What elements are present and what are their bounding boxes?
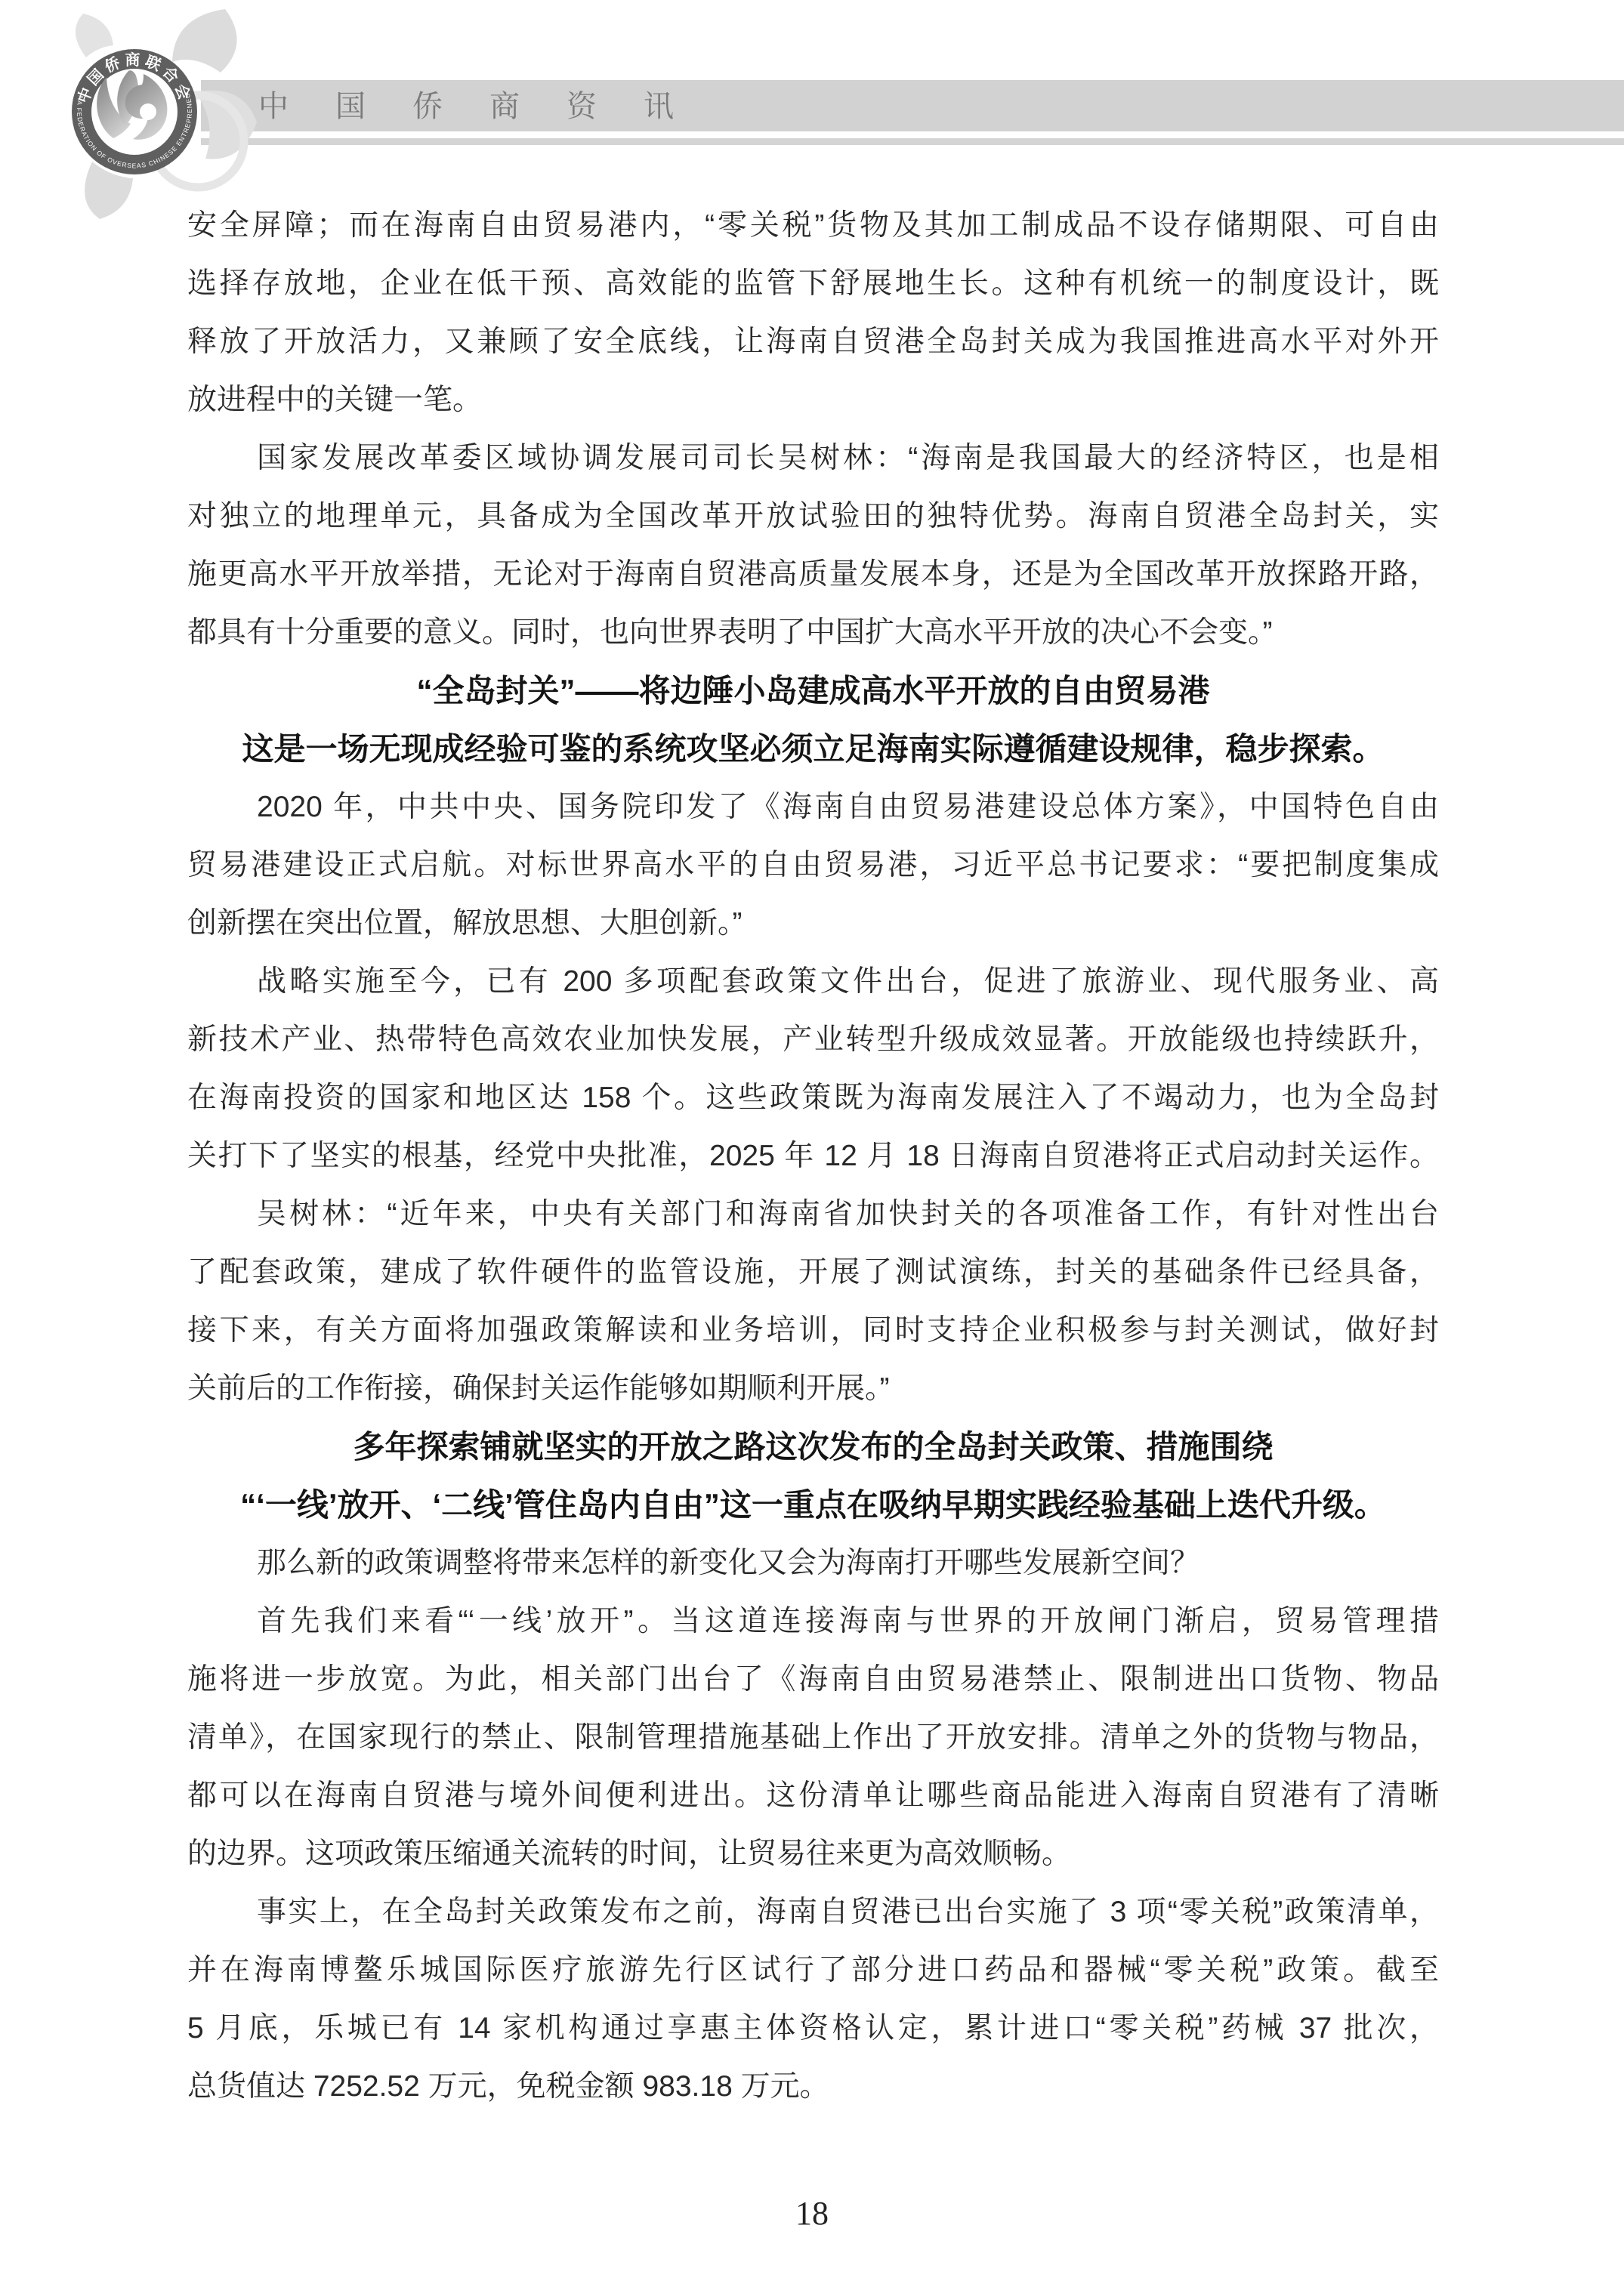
text-line: 清单》，在国家现行的禁止、限制管理措施基础上作出了开放安排。清单之外的货物与物品… bbox=[187, 1708, 1439, 1767]
text-line: 的边界。这项政策压缩通关流转的时间，让贸易往来更为高效顺畅。 bbox=[187, 1825, 1439, 1883]
text-line: 贸易港建设正式启航。对标世界高水平的自由贸易港，习近平总书记要求：“要把制度集成 bbox=[187, 836, 1439, 894]
section-heading: “‘一线’放开、‘二线’管住岛内自由”这一重点在吸纳早期实践经验基础上迭代升级。 bbox=[187, 1476, 1439, 1534]
federation-seal-logo: 中国侨商联合会 CHINA FEDERATION OF OVERSEAS CHI… bbox=[0, 0, 287, 234]
text-line: 接下来，有关方面将加强政策解读和业务培训，同时支持企业积极参与封关测试，做好封 bbox=[187, 1301, 1439, 1359]
text-line: 新技术产业、热带特色高效农业加快发展，产业转型升级成效显著。开放能级也持续跃升， bbox=[187, 1011, 1439, 1069]
section-heading: “全岛封关”——将边陲小岛建成高水平开放的自由贸易港 bbox=[187, 662, 1439, 720]
header-underline-band bbox=[201, 138, 1624, 145]
document-page: 中国侨商资讯 bbox=[0, 0, 1624, 2293]
text-line: 首先我们来看“‘一线’放开”。当这道连接海南与世界的开放闸门渐启，贸易管理措 bbox=[187, 1592, 1439, 1650]
text-line: 那么新的政策调整将带来怎样的新变化又会为海南打开哪些发展新空间？ bbox=[187, 1534, 1439, 1592]
text-line: 事实上，在全岛封关政策发布之前，海南自贸港已出台实施了 3 项“零关税”政策清单… bbox=[187, 1883, 1439, 1941]
text-line: 都可以在海南自贸港与境外间便利进出。这份清单让哪些商品能进入海南自贸港有了清晰 bbox=[187, 1767, 1439, 1825]
logo-graphic: 中国侨商联合会 CHINA FEDERATION OF OVERSEAS CHI… bbox=[0, 0, 287, 234]
text-line: 施将进一步放宽。为此，相关部门出台了《海南自由贸易港禁止、限制进出口货物、物品 bbox=[187, 1650, 1439, 1708]
text-line: 在海南投资的国家和地区达 158 个。这些政策既为海南发展注入了不竭动力，也为全… bbox=[187, 1069, 1439, 1127]
text-line: 战略实施至今，已有 200 多项配套政策文件出台，促进了旅游业、现代服务业、高 bbox=[187, 952, 1439, 1011]
text-line: 吴树林：“近年来，中央有关部门和海南省加快封关的各项准备工作，有针对性出台 bbox=[187, 1185, 1439, 1243]
text-line: 安全屏障；而在海南自由贸易港内，“零关税”货物及其加工制成品不设存储期限、可自由 bbox=[187, 196, 1439, 255]
text-line: 都具有十分重要的意义。同时，也向世界表明了中国扩大高水平开放的决心不会变。” bbox=[187, 603, 1439, 662]
text-line: 关前后的工作衔接，确保封关运作能够如期顺利开展。” bbox=[187, 1359, 1439, 1418]
text-line: 2020 年，中共中央、国务院印发了《海南自由贸易港建设总体方案》，中国特色自由 bbox=[187, 778, 1439, 836]
text-line: 总货值达 7252.52 万元，免税金额 983.18 万元。 bbox=[187, 2057, 1439, 2116]
text-line: 施更高水平开放举措，无论对于海南自贸港高质量发展本身，还是为全国改革开放探路开路… bbox=[187, 545, 1439, 603]
text-line: 释放了开放活力，又兼顾了安全底线，让海南自贸港全岛封关成为我国推进高水平对外开 bbox=[187, 313, 1439, 371]
text-line: 国家发展改革委区域协调发展司司长吴树林：“海南是我国最大的经济特区，也是相 bbox=[187, 429, 1439, 487]
section-heading: 多年探索铺就坚实的开放之路这次发布的全岛封关政策、措施围绕 bbox=[187, 1418, 1439, 1476]
publication-title: 中国侨商资讯 bbox=[258, 91, 721, 122]
text-line: 创新摆在突出位置，解放思想、大胆创新。” bbox=[187, 894, 1439, 952]
page-number: 18 bbox=[0, 2194, 1624, 2233]
text-line: 选择存放地，企业在低干预、高效能的监管下舒展地生长。这种有机统一的制度设计，既 bbox=[187, 255, 1439, 313]
section-heading: 这是一场无现成经验可鉴的系统攻坚必须立足海南实际遵循建设规律，稳步探索。 bbox=[187, 720, 1439, 778]
text-line: 对独立的地理单元，具备成为全国改革开放试验田的独特优势。海南自贸港全岛封关，实 bbox=[187, 487, 1439, 545]
text-line: 了配套政策，建成了软件硬件的监管设施，开展了测试演练，封关的基础条件已经具备， bbox=[187, 1243, 1439, 1301]
text-line: 5 月底，乐城已有 14 家机构通过享惠主体资格认定，累计进口“零关税”药械 3… bbox=[187, 1999, 1439, 2057]
text-line: 放进程中的关键一笔。 bbox=[187, 371, 1439, 429]
text-line: 并在海南博鳌乐城国际医疗旅游先行区试行了部分进口药品和器械“零关税”政策。截至 bbox=[187, 1941, 1439, 1999]
article-body: 安全屏障；而在海南自由贸易港内，“零关税”货物及其加工制成品不设存储期限、可自由… bbox=[187, 196, 1439, 2116]
text-line: 关打下了坚实的根基，经党中央批准，2025 年 12 月 18 日海南自贸港将正… bbox=[187, 1127, 1439, 1185]
